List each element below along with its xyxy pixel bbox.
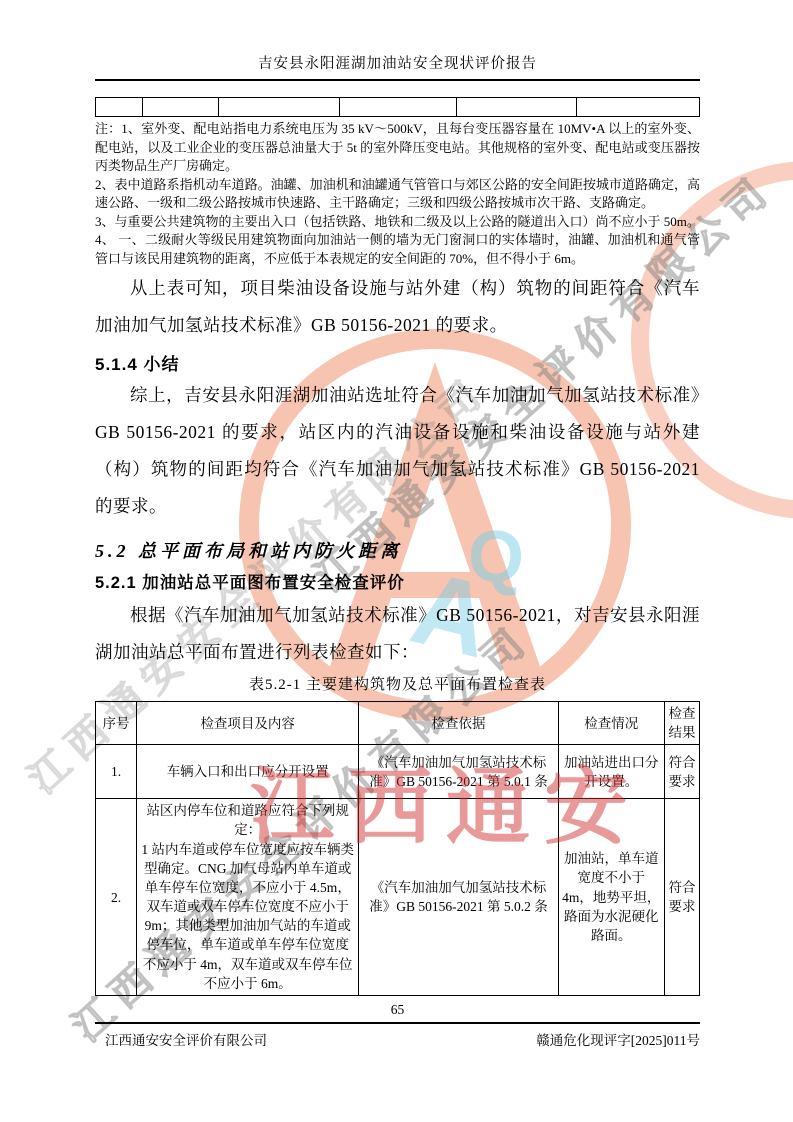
paragraph-check-intro: 根据《汽车加油加气加氢站技术标准》GB 50156-2021，对吉安县永阳涯湖加… <box>95 597 700 671</box>
column-header-situation: 检查情况 <box>558 702 664 745</box>
table-row: 1. 车辆入口和出口应分开设置 《汽车加油加气加氢站技术标准》GB 50156-… <box>96 745 700 799</box>
check-table: 序号 检查项目及内容 检查依据 检查情况 检查结果 1. 车辆入口和出口应分开设… <box>95 701 700 996</box>
table-caption: 表5.2-1 主要建构筑物及总平面布置检查表 <box>95 673 700 694</box>
cell-no: 2. <box>96 799 137 996</box>
heading-5-2: 5.2 总平面布局和站内防火距离 <box>95 537 700 563</box>
footer-doc-number: 赣通危化现评字[2025]011号 <box>536 1029 700 1049</box>
column-header-basis: 检查依据 <box>359 702 558 745</box>
column-header-item: 检查项目及内容 <box>137 702 359 745</box>
paragraph-diesel-conclusion: 从上表可知，项目柴油设备设施与站外建（构）筑物的间距符合《汽车加油加气加氢站技术… <box>95 270 700 344</box>
table-row: 2. 站区内停车位和道路应符合下列规定： 1 站内车道或停车位宽度应按车辆类型确… <box>96 799 700 996</box>
continued-empty-table <box>95 97 700 117</box>
paragraph-summary: 综上，吉安县永阳涯湖加油站选址符合《汽车加油加气加氢站技术标准》GB 50156… <box>95 377 700 525</box>
cell-basis: 《汽车加油加气加氢站技术标准》GB 50156-2021 第 5.0.1 条 <box>359 745 558 799</box>
cell-no: 1. <box>96 745 137 799</box>
page-number: 65 <box>95 1002 700 1018</box>
cell-basis: 《汽车加油加气加氢站技术标准》GB 50156-2021 第 5.0.2 条 <box>359 799 558 996</box>
note-item-2: 2、表中道路系指机动车道路。油罐、加油机和油罐通气管管口与郊区公路的安全间距按城… <box>95 176 700 213</box>
empty-cell <box>576 98 699 117</box>
note-item-3: 3、与重要公共建筑物的主要出入口（包括铁路、地铁和二级及以上公路的隧道出入口）尚… <box>95 213 700 232</box>
cell-situation: 加油站，单车道宽度不小于 4m，地势平坦，路面为水泥硬化路面。 <box>558 799 664 996</box>
empty-cell <box>142 98 219 117</box>
header-title: 吉安县永阳涯湖加油站安全现状评价报告 <box>95 52 700 81</box>
cell-situation: 加油站进出口分开设置。 <box>558 745 664 799</box>
note-item-1: 注：1、室外变、配电站指电力系统电压为 35 kV～500kV，且每台变压器容量… <box>95 120 700 176</box>
empty-cell <box>340 98 457 117</box>
empty-cell <box>219 98 340 117</box>
heading-5-2-1: 5.2.1 加油站总平面图布置安全检查评价 <box>95 569 700 593</box>
cell-item: 车辆入口和出口应分开设置 <box>137 745 359 799</box>
document-page: Q A 江西通安安全评价有限公司 江西通安安全评价有限公司 江西通安安全评价有限… <box>0 0 793 1122</box>
column-header-no: 序号 <box>96 702 137 745</box>
heading-5-1-4: 5.1.4 小结 <box>95 350 700 375</box>
table-notes: 注：1、室外变、配电站指电力系统电压为 35 kV～500kV，且每台变压器容量… <box>95 120 700 268</box>
cell-result: 符合要求 <box>664 745 699 799</box>
continued-table-row <box>96 98 700 117</box>
empty-cell <box>457 98 577 117</box>
footer-company: 江西通安安全评价有限公司 <box>95 1029 267 1049</box>
column-header-result: 检查结果 <box>664 702 699 745</box>
empty-cell <box>96 98 143 117</box>
check-table-header-row: 序号 检查项目及内容 检查依据 检查情况 检查结果 <box>96 702 700 745</box>
page-header: 吉安县永阳涯湖加油站安全现状评价报告 <box>95 52 700 81</box>
cell-result: 符合要求 <box>664 799 699 996</box>
page-content: 吉安县永阳涯湖加油站安全现状评价报告 注：1、室外变、配电站指电力系统电压为 3… <box>0 0 793 1049</box>
cell-item: 站区内停车位和道路应符合下列规定： 1 站内车道或停车位宽度应按车辆类型确定。C… <box>137 799 359 996</box>
note-item-4: 4、 一、二级耐火等级民用建筑物面向加油站一侧的墙为无门窗洞口的实体墙时，油罐、… <box>95 231 700 268</box>
page-footer: 江西通安安全评价有限公司 赣通危化现评字[2025]011号 <box>95 1022 700 1049</box>
